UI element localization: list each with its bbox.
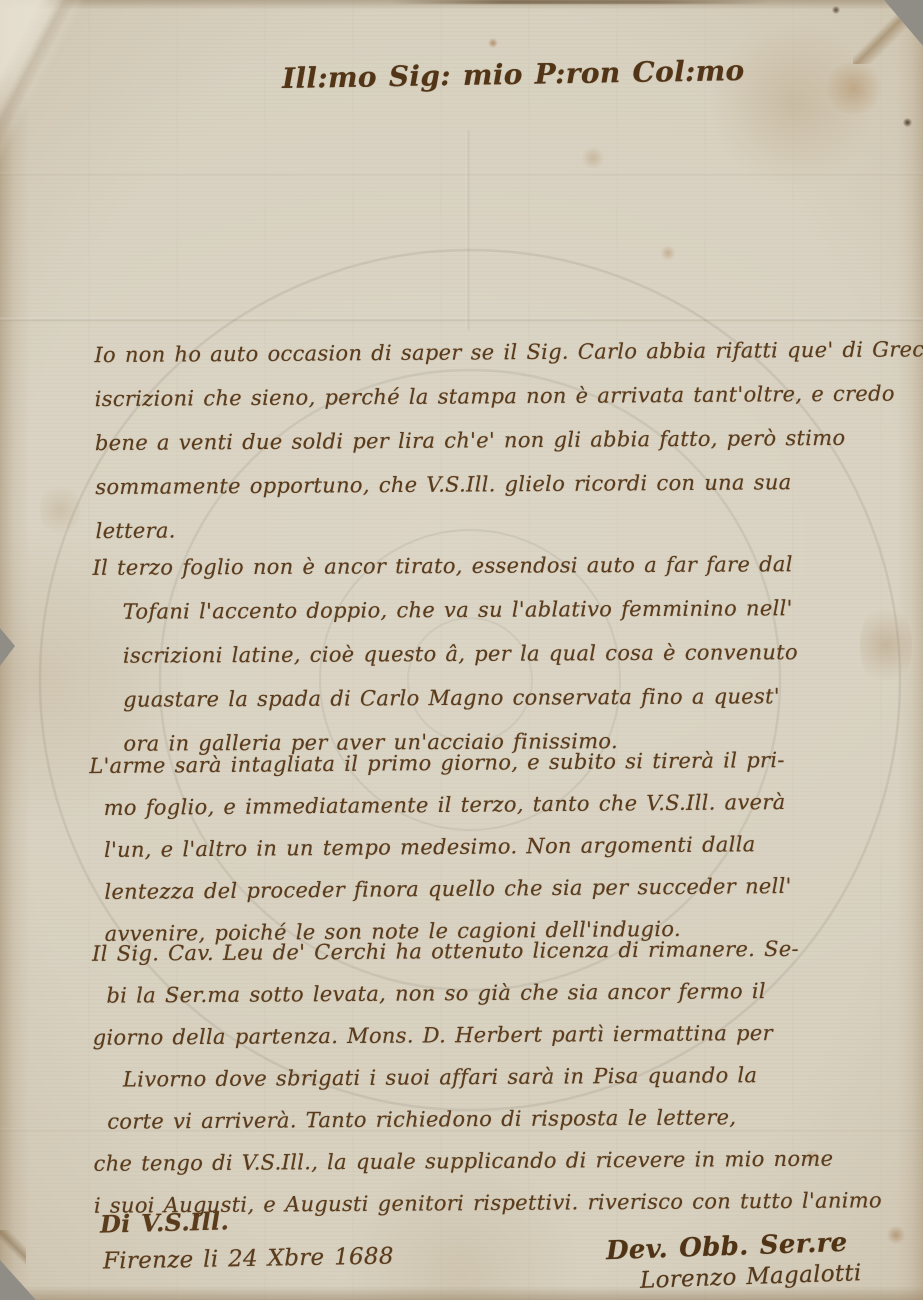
ink-speck [832, 6, 840, 14]
bottom-left-chip [0, 1230, 26, 1270]
letter-line: corte vi arriverà. Tanto richiedono di r… [107, 1095, 881, 1142]
salutation-line: Ill:mo Sig: mio P:ron Col:mo [282, 54, 745, 95]
letter-line: sommamente opportuno, che V.S.Ill. gliel… [95, 459, 923, 509]
letter-line: giorno della partenza. Mons. D. Herbert … [93, 1011, 881, 1059]
top-edge-wear [390, 0, 770, 4]
paragraph-3: L'arme sarà intagliata il primo giorno, … [89, 739, 792, 955]
top-right-tear [853, 0, 923, 64]
signature-name: Lorenzo Magalotti [640, 1260, 862, 1294]
vertical-fold-crease [466, 130, 469, 330]
scanned-letter-canvas: Ill:mo Sig: mio P:ron Col:mo Io non ho a… [0, 0, 923, 1300]
paragraph-2: Il terzo foglio non è ancor tirato, esse… [92, 542, 798, 766]
letter-line: Io non ho auto occasion di saper se il S… [94, 327, 923, 377]
ink-speck [903, 118, 912, 127]
rust-spot [488, 38, 498, 48]
letter-line: Il Sig. Cav. Leu de' Cerchi ha ottenuto … [92, 927, 880, 975]
letter-line: bene a venti due soldi per lira ch'e' no… [95, 415, 923, 465]
paragraph-1: Io non ho auto occasion di saper se il S… [94, 327, 923, 553]
foxing-stain [860, 600, 912, 690]
horizontal-fold-crease [0, 318, 923, 321]
paragraph-4: Il Sig. Cav. Leu de' Cerchi ha ottenuto … [92, 927, 882, 1226]
rust-spot [660, 246, 676, 260]
letter-line: iscrizioni che sieno, perché la stampa n… [95, 371, 923, 421]
valediction-line: Di V.S.Ill. [100, 1206, 230, 1238]
letter-page: Ill:mo Sig: mio P:ron Col:mo Io non ho a… [0, 0, 923, 1300]
letter-line: Il terzo foglio non è ancor tirato, esse… [92, 542, 797, 590]
letter-line: guastare la spada di Carlo Magno conserv… [123, 674, 798, 722]
letter-line: Tofani l'accento doppio, che va su l'abl… [123, 586, 798, 634]
dateline: Firenze li 24 Xbre 1688 [103, 1243, 394, 1274]
letter-line: iscrizioni latine, cioè questo â, per la… [123, 630, 798, 678]
foxing-stain [580, 148, 606, 168]
letter-line: mo foglio, e immediatamente il terzo, ta… [103, 781, 791, 829]
letter-line: che tengo di V.S.Ill., la quale supplica… [93, 1137, 881, 1185]
top-left-fold [0, 0, 120, 180]
letter-line: lentezza del proceder finora quello che … [104, 865, 792, 913]
horizontal-fold-crease [0, 172, 923, 175]
letter-line: Livorno dove sbrigati i suoi affari sarà… [123, 1053, 881, 1100]
signature-closing: Dev. Obb. Ser.re [606, 1228, 848, 1266]
letter-line: bi la Ser.ma sotto levata, non so già ch… [106, 969, 880, 1016]
letter-line: L'arme sarà intagliata il primo giorno, … [89, 739, 791, 787]
foxing-stain [822, 62, 886, 114]
letter-line: l'un, e l'altro in un tempo medesimo. No… [104, 823, 792, 871]
rust-spot [886, 1226, 906, 1244]
foxing-stain [40, 480, 80, 540]
